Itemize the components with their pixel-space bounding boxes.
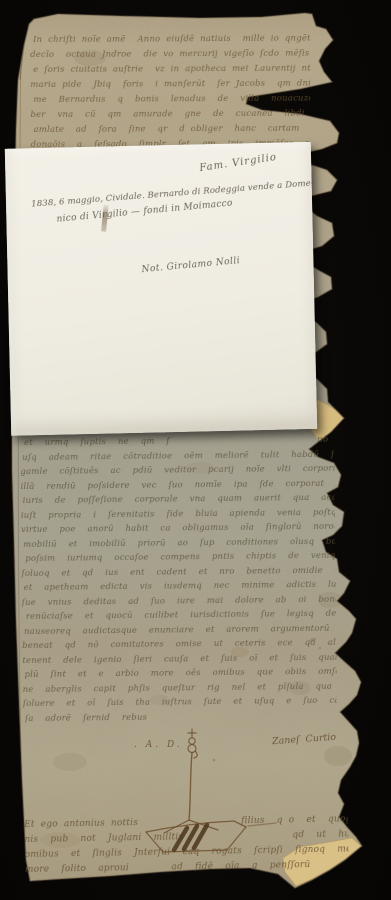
manuscript-text-middle: et urmq ſuptis ne qm ſ nō iſuauſq adeam … <box>20 433 337 726</box>
manuscript-line: e ſoris ciuitatis auſtrie vz in apotheca… <box>33 62 310 78</box>
manuscript-text-top: In chriſti noīe amē Anno eiuſdē natiuis … <box>30 32 311 153</box>
manuscript-line: decīo octaua Jndroe die vo mercurij vige… <box>30 47 310 63</box>
manuscript-line: maria pide Jbiq foris i manſerūt ſer Jac… <box>30 77 310 93</box>
archivist-note: Fam. Virgilio 1838, 6 maggio, Cividale. … <box>5 142 317 436</box>
manuscript-line: In chriſti noīe amē Anno eiuſdē natiuis … <box>33 32 310 48</box>
family-label: Fam. Virgilio <box>199 152 278 174</box>
manuscript-line: me Bernardus q bonis lenadus de villa no… <box>33 92 310 108</box>
archival-manuscript-photo: In chriſti noīe amē Anno eiuſdē natiuis … <box>0 0 391 900</box>
notary-signum-icon <box>130 722 280 862</box>
notary-attribution: Not. Girolamo Nolli <box>141 256 240 275</box>
manuscript-line: ber vna cū qm amurade gne de cucanea lib… <box>30 107 310 123</box>
manuscript-line: amlate ad ſora ſine qr d obliger hanc ca… <box>33 122 310 138</box>
